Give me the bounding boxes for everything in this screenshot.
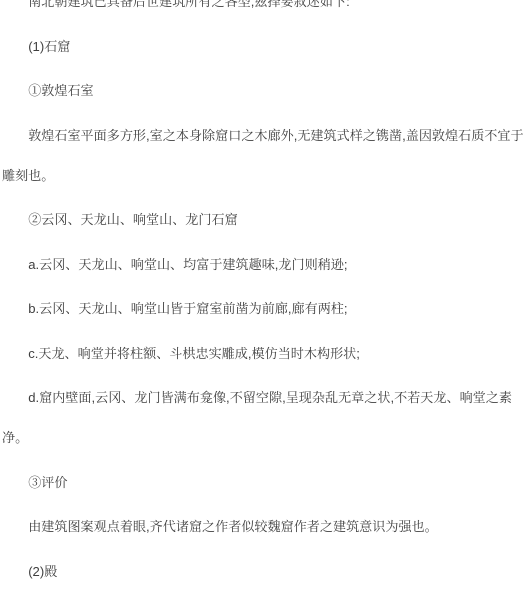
text-document-page: 南北朝建筑已具备后世建筑所有之各型,兹择要叙述如下: (1)石窟 ①敦煌石室 敦… [0,0,527,592]
paragraph-heading-shiku: (1)石窟 [2,27,527,67]
paragraph-heading-yungang: ②云冈、天龙山、响堂山、龙门石窟 [2,200,527,240]
paragraph-item-b: b.云冈、天龙山、响堂山皆于窟室前凿为前廊,廊有两柱; [2,289,527,329]
paragraph-item-d: d.窟内壁面,云冈、龙门皆满布龛像,不留空隙,呈现杂乱无章之状,不若天龙、响堂之… [2,378,527,458]
paragraph-dunhuang-body: 敦煌石室平面多方形,室之本身除窟口之木廊外,无建筑式样之镌凿,盖因敦煌石质不宜于… [2,116,527,196]
paragraph-pingjia-body: 由建筑图案观点着眼,齐代诸窟之作者似较魏窟作者之建筑意识为强也。 [2,507,527,547]
paragraph-heading-dian: (2)殿 [2,552,527,592]
paragraph-item-a: a.云冈、天龙山、响堂山、均富于建筑趣味,龙门则稍逊; [2,245,527,285]
paragraph-intro: 南北朝建筑已具备后世建筑所有之各型,兹择要叙述如下: [2,0,527,22]
paragraph-heading-pingjia: ③评价 [2,463,527,503]
paragraph-item-c: c.天龙、响堂并将柱额、斗栱忠实雕成,模仿当时木构形状; [2,334,527,374]
paragraph-heading-dunhuang: ①敦煌石室 [2,71,527,111]
